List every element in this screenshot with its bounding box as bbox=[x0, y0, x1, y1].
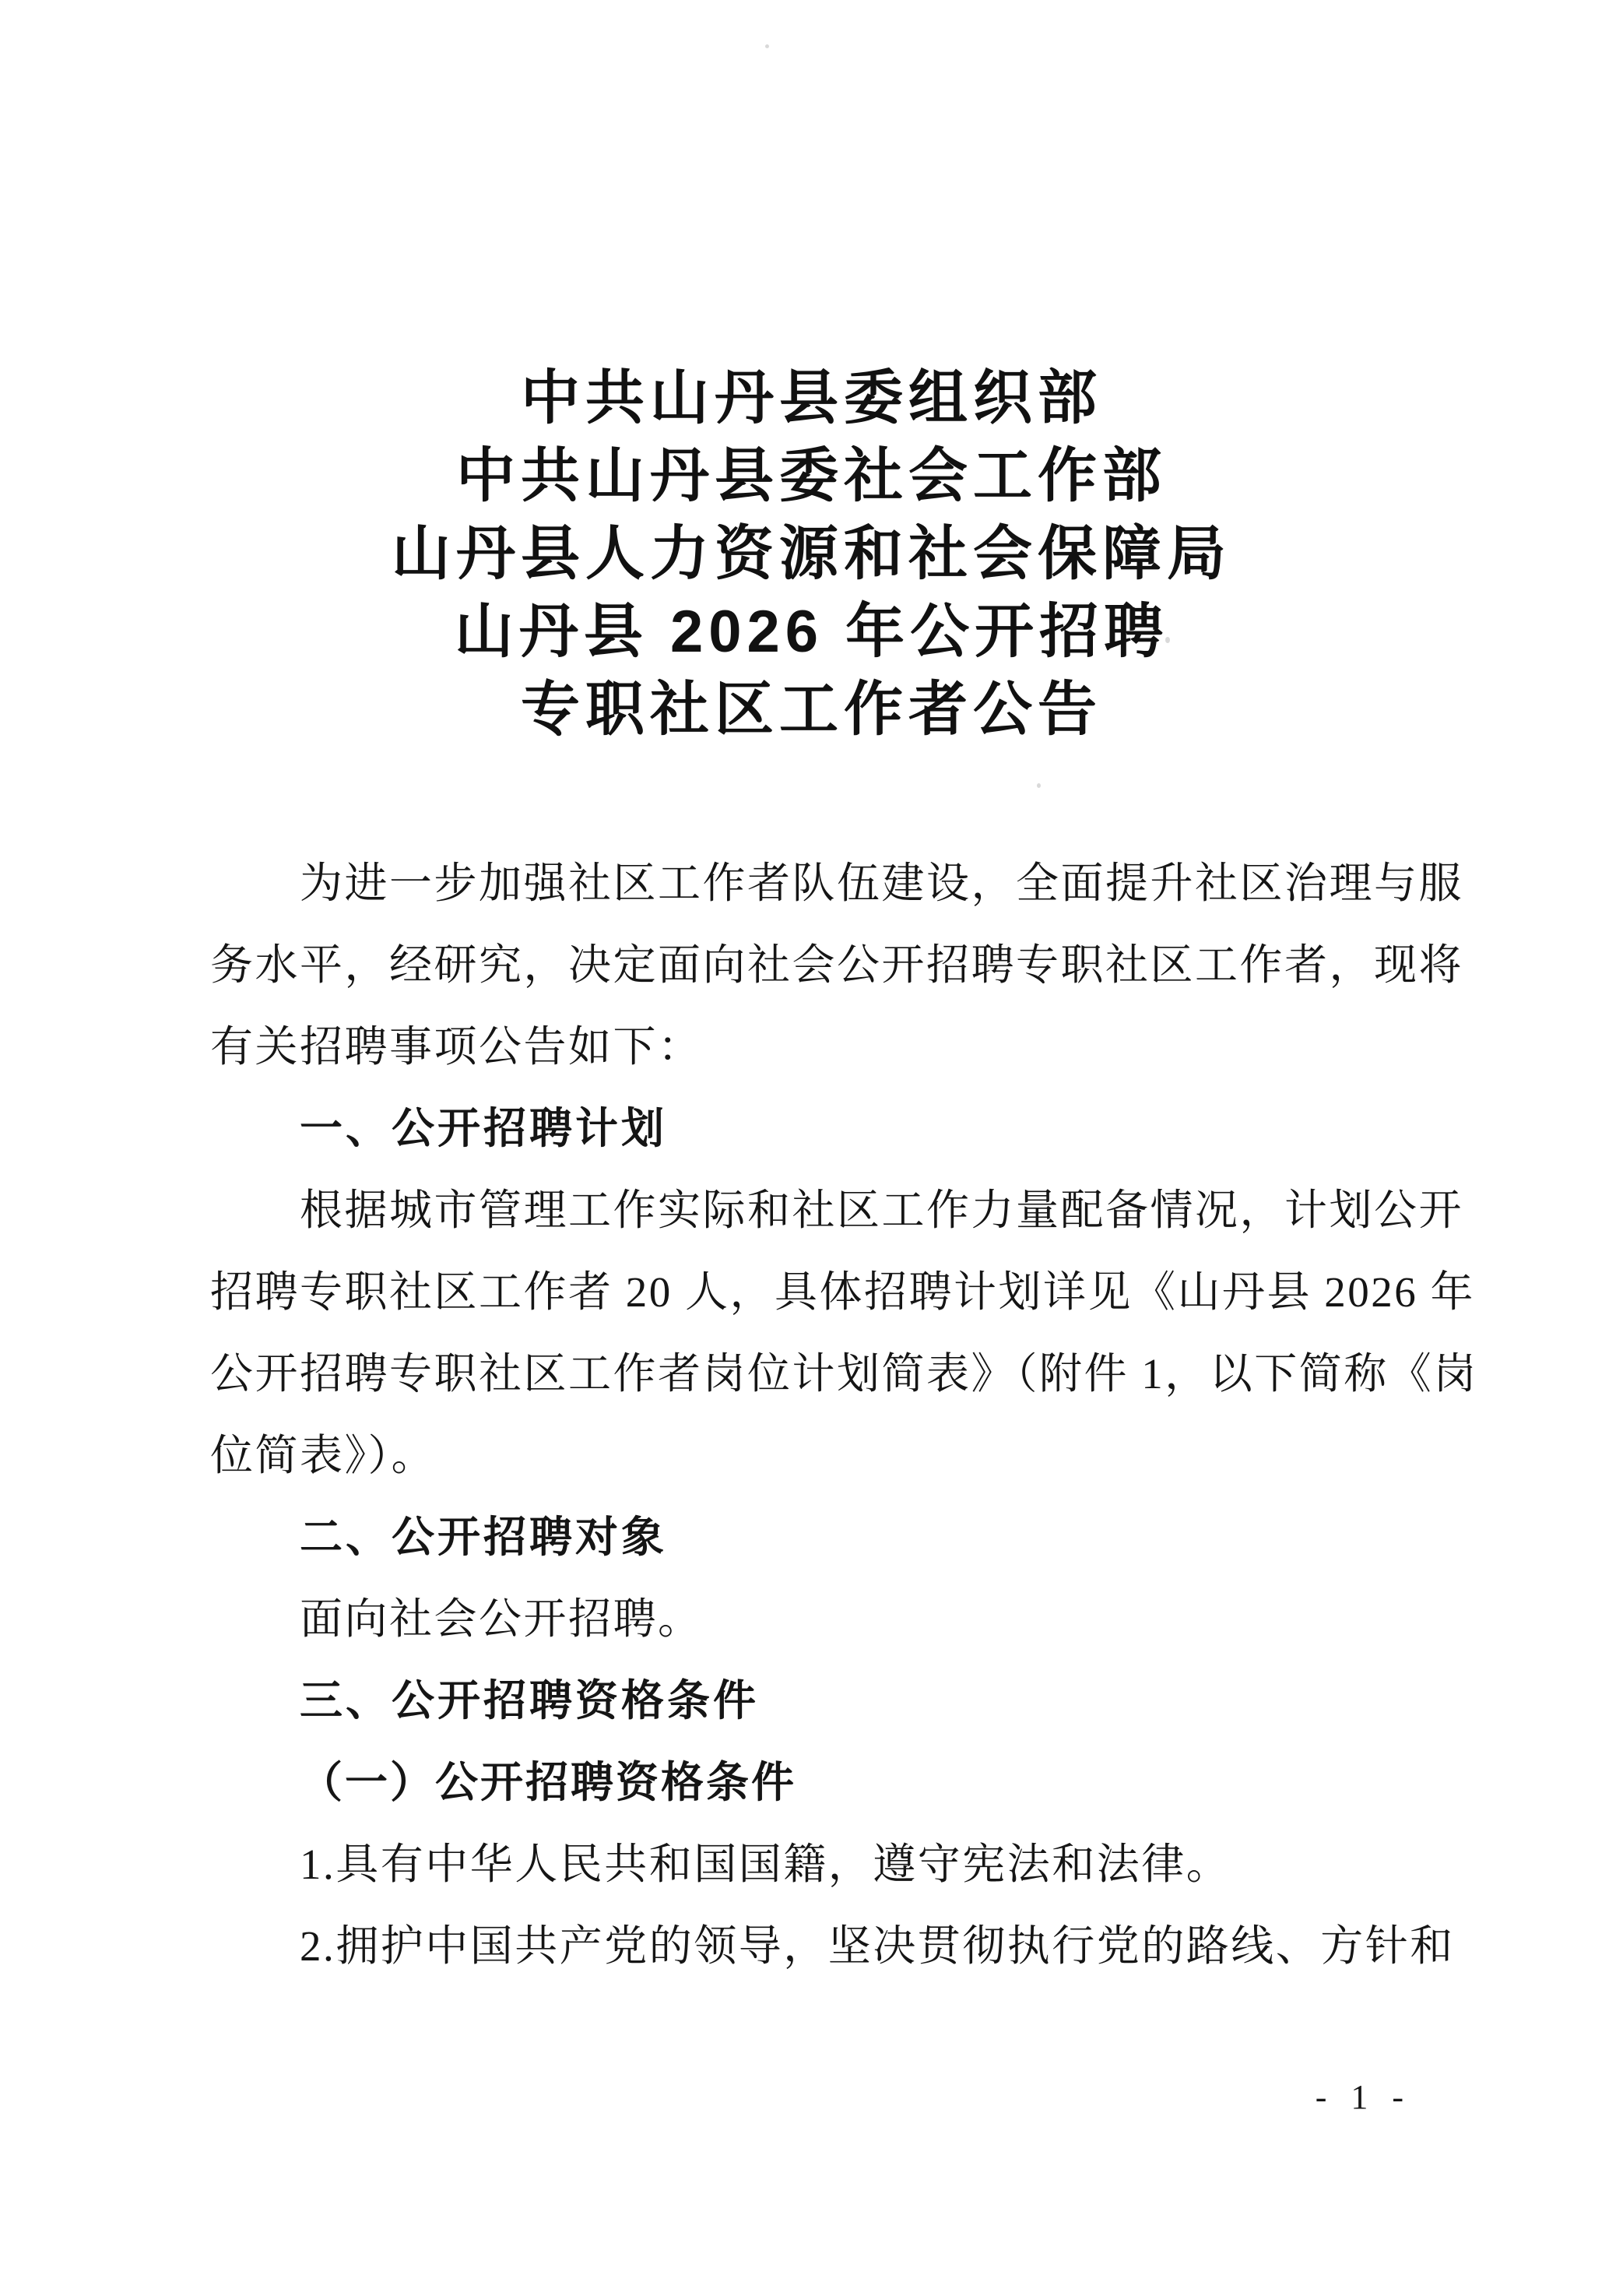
text-line: 面向社会公开招聘。 bbox=[210, 1578, 1487, 1660]
page-number: - 1 - bbox=[1316, 2077, 1411, 2117]
title-line: 山丹县人力资源和社会保障局 bbox=[0, 515, 1623, 593]
title-line: 山丹县 2026 年公开招聘 bbox=[0, 593, 1623, 671]
text-line: 招聘专职社区工作者 20 人，具体招聘计划详见《山丹县 2026 年 bbox=[210, 1251, 1487, 1333]
section-heading: （一）公开招聘资格条件 bbox=[210, 1742, 1487, 1823]
section-heading: 三、公开招聘资格条件 bbox=[210, 1660, 1487, 1742]
title-line: 中共山丹县委组织部 bbox=[0, 360, 1623, 438]
title-line: 专职社区工作者公告 bbox=[0, 671, 1623, 749]
text-line: 1.具有中华人民共和国国籍，遵守宪法和法律。 bbox=[210, 1823, 1487, 1905]
scan-speck bbox=[1037, 783, 1041, 788]
document-body-block: 为进一步加强社区工作者队伍建设，全面提升社区治理与服务水平，经研究，决定面向社会… bbox=[210, 842, 1487, 1987]
text-line: 有关招聘事项公告如下： bbox=[210, 1006, 1487, 1088]
text-line: 2.拥护中国共产党的领导，坚决贯彻执行党的路线、方针和 bbox=[210, 1905, 1487, 1987]
text-line: 为进一步加强社区工作者队伍建设，全面提升社区治理与服 bbox=[210, 842, 1487, 924]
scan-speck bbox=[1165, 637, 1170, 643]
text-line: 根据城市管理工作实际和社区工作力量配备情况，计划公开 bbox=[210, 1169, 1487, 1251]
scan-speck bbox=[765, 44, 769, 48]
text-line: 公开招聘专职社区工作者岗位计划简表》（附件 1，以下简称《岗 bbox=[210, 1333, 1487, 1415]
text-line: 位简表》）。 bbox=[210, 1415, 1487, 1496]
section-heading: 一、公开招聘计划 bbox=[210, 1088, 1487, 1169]
section-heading: 二、公开招聘对象 bbox=[210, 1496, 1487, 1578]
document-page: 中共山丹县委组织部中共山丹县委社会工作部山丹县人力资源和社会保障局山丹县 202… bbox=[0, 0, 1623, 2296]
document-title-block: 中共山丹县委组织部中共山丹县委社会工作部山丹县人力资源和社会保障局山丹县 202… bbox=[0, 360, 1623, 749]
title-line: 中共山丹县委社会工作部 bbox=[0, 438, 1623, 515]
text-line: 务水平，经研究，决定面向社会公开招聘专职社区工作者，现将 bbox=[210, 924, 1487, 1006]
